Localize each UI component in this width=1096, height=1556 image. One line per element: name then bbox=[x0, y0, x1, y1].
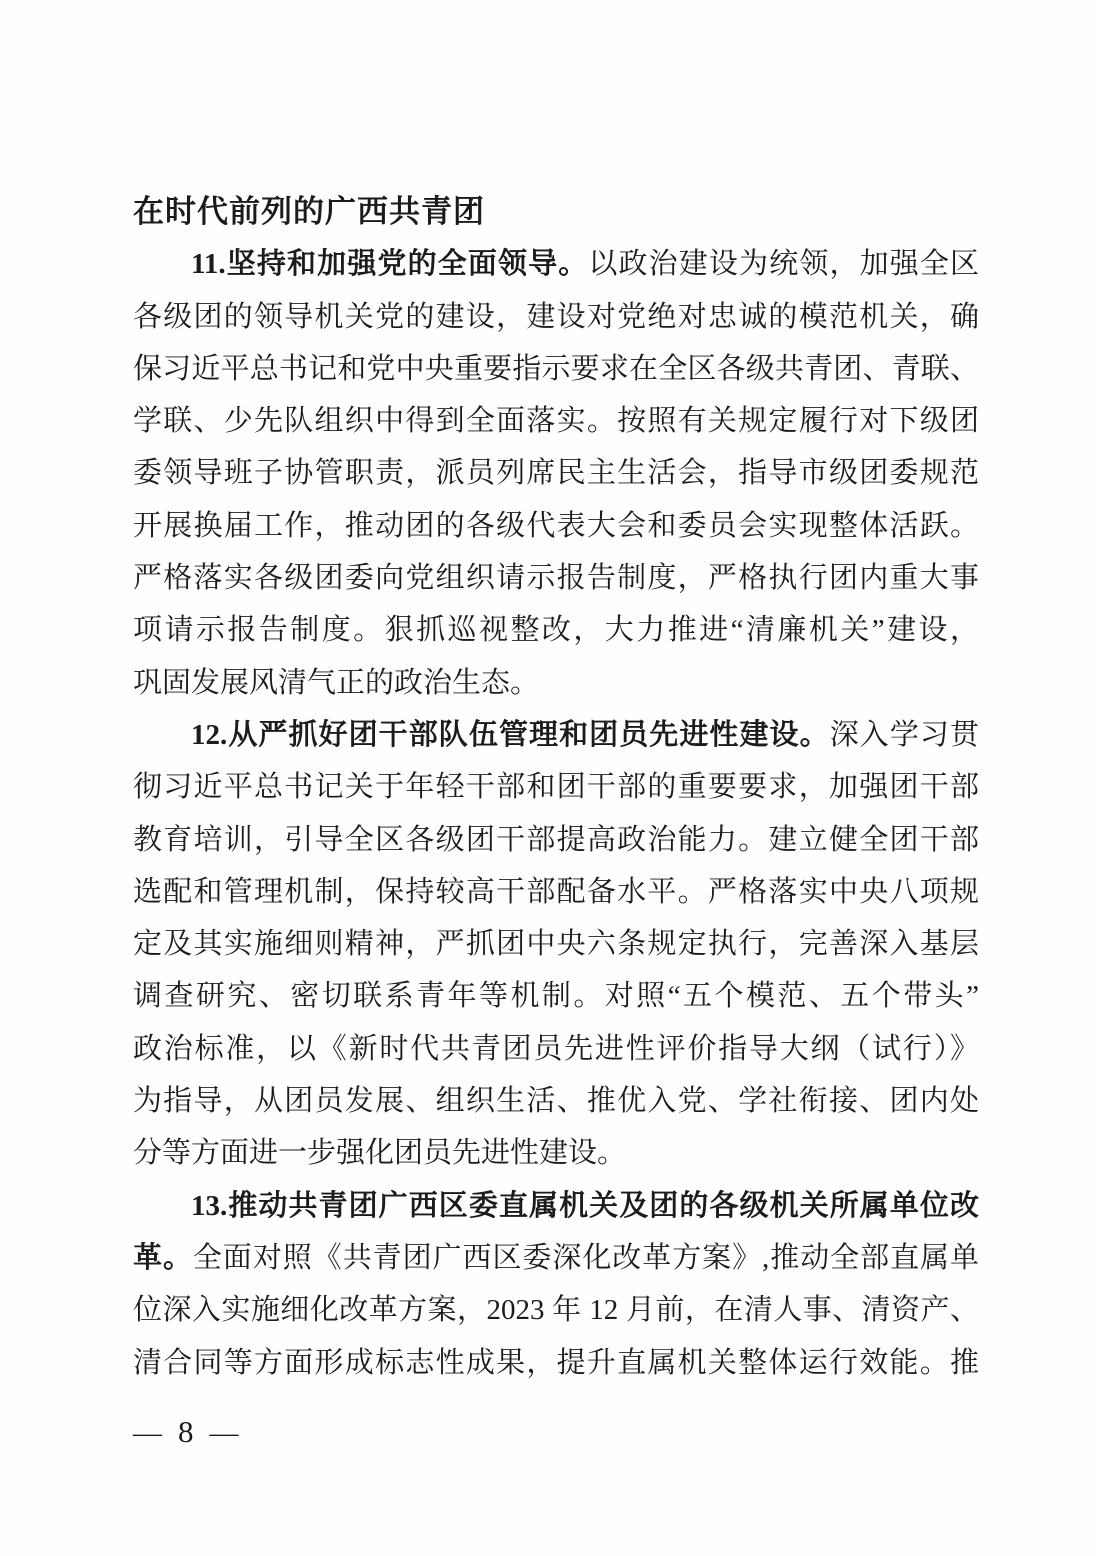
footer-dash-left: — bbox=[133, 1417, 162, 1449]
text-line: 为指导，从团员发展、组织生活、推优入党、学社衔接、团内处 bbox=[133, 1075, 979, 1127]
text-line: 委领导班子协管职责，派员列席民主生活会，指导市级团委规范 bbox=[133, 447, 979, 499]
text-line: 位深入实施细化改革方案，2023 年 12 月前，在清人事、清资产、 bbox=[133, 1284, 979, 1336]
document-text: 在时代前列的广西共青团11.坚持和加强党的全面领导。以政治建设为统领，加强全区各… bbox=[133, 186, 979, 1389]
text-line: 项请示报告制度。狠抓巡视整改，大力推进“清廉机关”建设， bbox=[133, 604, 979, 656]
text-segment: 各级团的领导机关党的建设，建设对党绝对忠诚的模范机关，确 bbox=[133, 301, 979, 333]
bold-text-segment: 12.从严抓好团干部队伍管理和团员先进性建设。 bbox=[191, 719, 830, 751]
text-segment: 保习近平总书记和党中央重要指示要求在全区各级共青团、青联、 bbox=[133, 353, 979, 385]
text-line: 教育培训，引导全区各级团干部提高政治能力。建立健全团干部 bbox=[133, 814, 979, 866]
text-line: 开展换届工作，推动团的各级代表大会和委员会实现整体活跃。 bbox=[133, 500, 979, 552]
text-segment: 全面对照《共青团广西区委深化改革方案》,推动全部直属单 bbox=[193, 1242, 979, 1274]
page-footer: —8— bbox=[133, 1406, 239, 1458]
document-page: 在时代前列的广西共青团11.坚持和加强党的全面领导。以政治建设为统领，加强全区各… bbox=[0, 0, 1096, 1556]
footer-dash-right: — bbox=[210, 1417, 239, 1449]
text-segment: 学联、少先队组织中得到全面落实。按照有关规定履行对下级团 bbox=[133, 405, 979, 437]
text-line: 11.坚持和加强党的全面领导。以政治建设为统领，加强全区 bbox=[133, 238, 979, 290]
text-line: 巩固发展风清气正的政治生态。 bbox=[133, 657, 979, 709]
text-line: 彻习近平总书记关于年轻干部和团干部的重要要求，加强团干部 bbox=[133, 761, 979, 813]
bold-text-segment: 13.推动共青团广西区委直属机关及团的各级机关所属单位改 bbox=[191, 1190, 979, 1222]
text-line: 革。全面对照《共青团广西区委深化改革方案》,推动全部直属单 bbox=[133, 1232, 979, 1284]
text-segment: 委领导班子协管职责，派员列席民主生活会，指导市级团委规范 bbox=[133, 457, 979, 489]
text-line: 学联、少先队组织中得到全面落实。按照有关规定履行对下级团 bbox=[133, 395, 979, 447]
text-line: 定及其实施细则精神，严抓团中央六条规定执行，完善深入基层 bbox=[133, 918, 979, 970]
text-line: 严格落实各级团委向党组织请示报告制度，严格执行团内重大事 bbox=[133, 552, 979, 604]
text-line: 13.推动共青团广西区委直属机关及团的各级机关所属单位改 bbox=[133, 1180, 979, 1232]
text-segment: 定及其实施细则精神，严抓团中央六条规定执行，完善深入基层 bbox=[133, 928, 979, 960]
bold-text-segment: 革。 bbox=[133, 1242, 193, 1274]
text-line: 选配和管理机制，保持较高干部配备水平。严格落实中央八项规 bbox=[133, 866, 979, 918]
text-line: 清合同等方面形成标志性成果，提升直属机关整体运行效能。推 bbox=[133, 1337, 979, 1389]
text-line: 政治标准，以《新时代共青团员先进性评价指导大纲（试行）》 bbox=[133, 1023, 979, 1075]
text-segment: 位深入实施细化改革方案，2023 年 12 月前，在清人事、清资产、 bbox=[133, 1294, 979, 1326]
text-segment: 调查研究、密切联系青年等机制。对照“五个模范、五个带头” bbox=[133, 980, 979, 1012]
text-segment: 选配和管理机制，保持较高干部配备水平。严格落实中央八项规 bbox=[133, 876, 979, 908]
text-line: 调查研究、密切联系青年等机制。对照“五个模范、五个带头” bbox=[133, 970, 979, 1022]
text-line: 各级团的领导机关党的建设，建设对党绝对忠诚的模范机关，确 bbox=[133, 291, 979, 343]
text-segment: 严格落实各级团委向党组织请示报告制度，严格执行团内重大事 bbox=[133, 562, 979, 594]
text-line: 保习近平总书记和党中央重要指示要求在全区各级共青团、青联、 bbox=[133, 343, 979, 395]
text-segment: 彻习近平总书记关于年轻干部和团干部的重要要求，加强团干部 bbox=[133, 771, 979, 803]
text-segment: 巩固发展风清气正的政治生态。 bbox=[133, 667, 539, 699]
text-segment: 以政治建设为统领，加强全区 bbox=[588, 248, 979, 280]
text-segment: 教育培训，引导全区各级团干部提高政治能力。建立健全团干部 bbox=[133, 824, 979, 856]
text-segment: 开展换届工作，推动团的各级代表大会和委员会实现整体活跃。 bbox=[133, 510, 979, 542]
text-segment: 政治标准，以《新时代共青团员先进性评价指导大纲（试行）》 bbox=[133, 1033, 979, 1065]
text-line: 12.从严抓好团干部队伍管理和团员先进性建设。深入学习贯 bbox=[133, 709, 979, 761]
section-heading: 在时代前列的广西共青团 bbox=[133, 186, 979, 238]
bold-text-segment: 11.坚持和加强党的全面领导。 bbox=[191, 248, 588, 280]
text-segment: 为指导，从团员发展、组织生活、推优入党、学社衔接、团内处 bbox=[133, 1085, 979, 1117]
text-segment: 深入学习贯 bbox=[830, 719, 979, 751]
text-segment: 分等方面进一步强化团员先进性建设。 bbox=[133, 1137, 626, 1169]
page-number: 8 bbox=[178, 1414, 194, 1449]
text-line: 分等方面进一步强化团员先进性建设。 bbox=[133, 1127, 979, 1179]
text-segment: 项请示报告制度。狠抓巡视整改，大力推进“清廉机关”建设， bbox=[133, 614, 979, 646]
bold-text-segment: 在时代前列的广西共青团 bbox=[133, 194, 485, 229]
text-segment: 清合同等方面形成标志性成果，提升直属机关整体运行效能。推 bbox=[133, 1347, 979, 1379]
